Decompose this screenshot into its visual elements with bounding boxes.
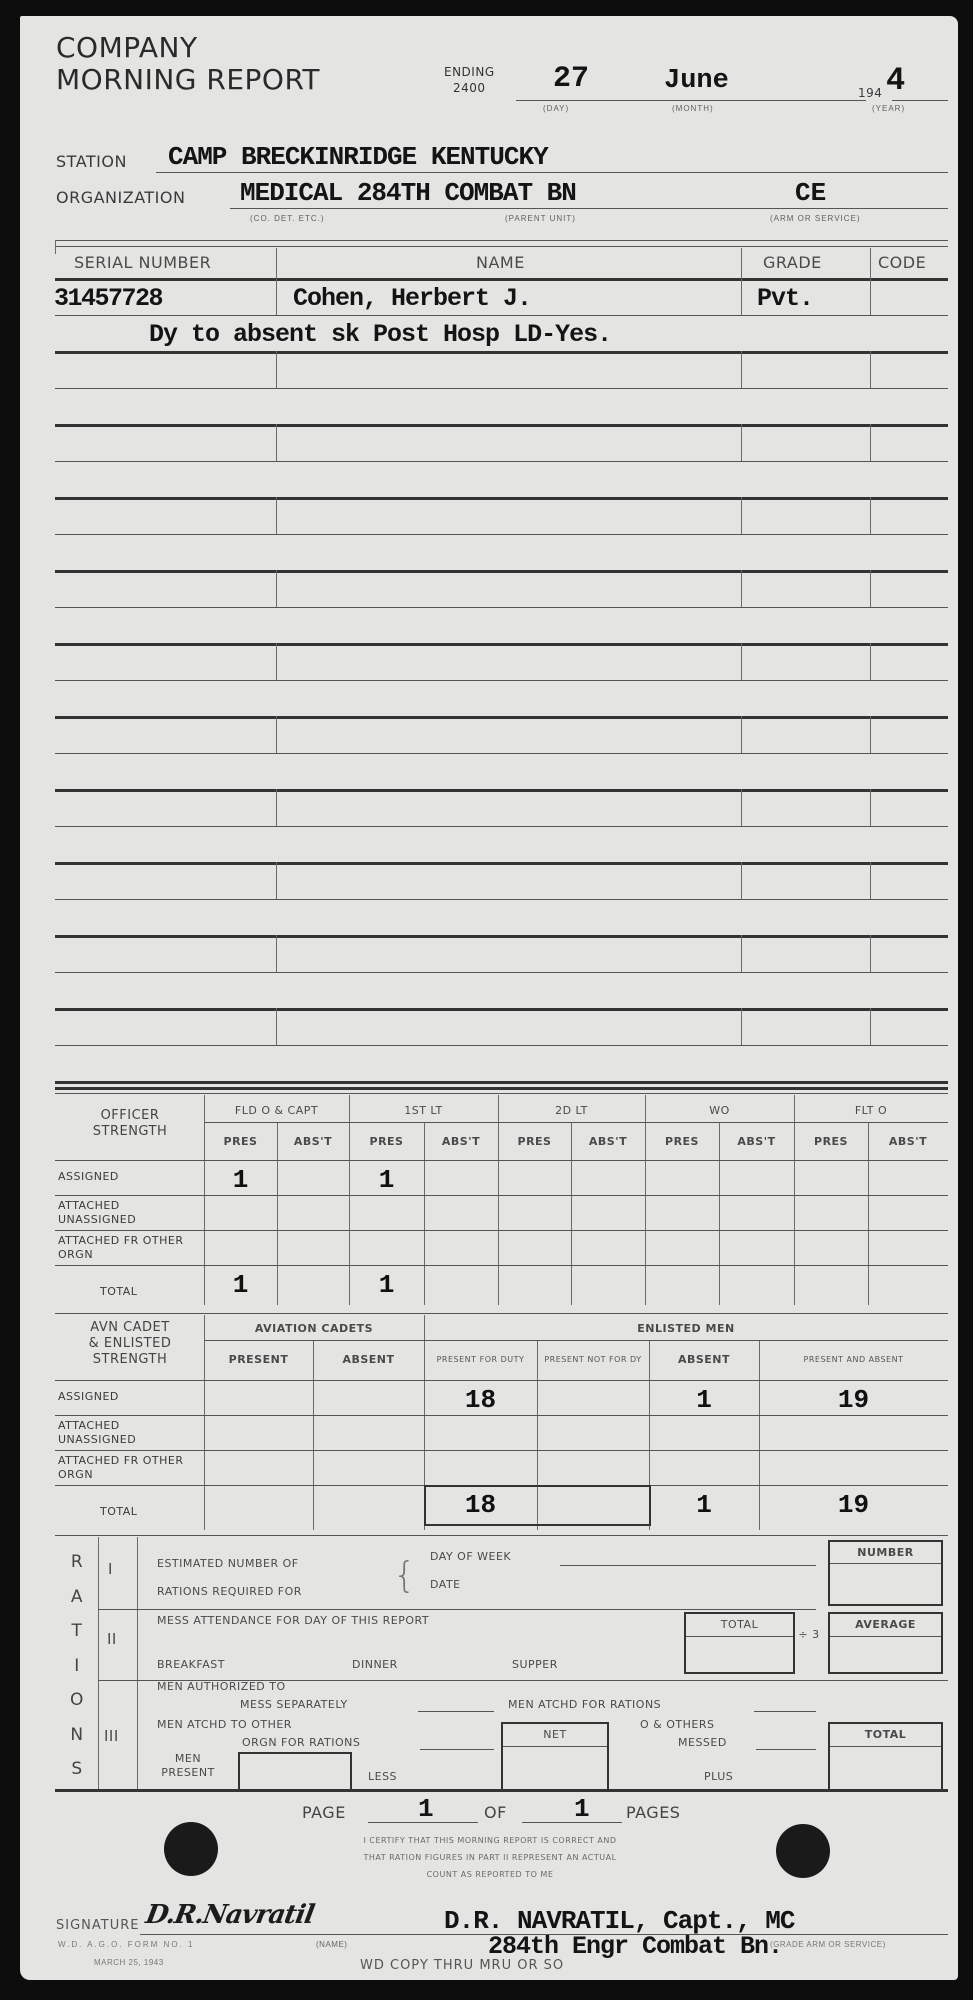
enlisted-value-cell[interactable]: 19 [759,1384,948,1415]
officer-sub-header: PRES [349,1126,424,1156]
rations-side-letter: T [62,1614,92,1649]
date-underline [516,100,866,101]
enlisted-column-header: PRESENT FOR DUTY [424,1342,537,1378]
officer-value-cell[interactable]: 1 [204,1164,277,1195]
roster-rule [55,388,948,389]
breakfast-label: BREAKFAST [157,1658,225,1671]
part1-label: ESTIMATED NUMBER OF RATIONS REQUIRED FOR [157,1550,302,1606]
men-present-box[interactable] [238,1752,352,1789]
atchd-other-line-2: ORGN FOR RATIONS [242,1736,360,1749]
officer-value-cell[interactable] [868,1199,948,1230]
entry-grade: Pvt. [757,284,813,313]
atchd-other-field[interactable] [420,1749,494,1750]
officer-value-cell[interactable] [277,1164,349,1195]
men-present-2: PRESENT [146,1766,230,1780]
roster-rule [55,570,948,573]
form-number: W.D. A.G.O. FORM NO. 1 [58,1940,194,1949]
day-of-week-label: DAY OF WEEK [430,1550,511,1563]
net-label: NET [501,1728,609,1741]
organization-value: MEDICAL 284TH COMBAT BN [240,178,576,208]
part1-numeral: I [108,1560,113,1578]
roster-rule [55,972,948,973]
entry-remark: Dy to absent sk Post Hosp LD-Yes. [149,320,611,349]
enlisted-strength-title: AVN CADET & ENLISTED STRENGTH [56,1320,204,1368]
enlisted-men-header: ENLISTED MEN [424,1318,948,1338]
roster-column-divider [276,643,277,680]
officer-row-rule [55,1265,948,1266]
officer-value-cell[interactable] [424,1164,498,1195]
officer-value-cell[interactable] [498,1269,571,1300]
others-line-1: O & OTHERS [640,1718,714,1731]
officer-value-cell[interactable] [645,1164,719,1195]
officer-group-header: 1ST LT [349,1099,498,1121]
station-underline [156,172,948,173]
aviation-cadets-header: AVIATION CADETS [204,1318,424,1338]
handwritten-signature: D.R.Navratil [143,1900,316,1930]
officer-value-cell[interactable] [794,1234,868,1265]
rations-side-letter: A [62,1580,92,1615]
rations-numeral-divider [137,1537,138,1789]
enlisted-row-label: ATTACHED FR OTHER ORGN [58,1454,198,1482]
part1-line-2: RATIONS REQUIRED FOR [157,1578,302,1606]
enlisted-column-header: ABSENT [649,1342,759,1378]
roster-column-divider [741,1008,742,1045]
roster-column-divider [276,278,277,315]
number-label: NUMBER [828,1546,943,1559]
enlisted-total-box [424,1485,651,1526]
rations-total-divider [830,1746,941,1747]
officer-value-cell[interactable] [498,1164,571,1195]
officer-row-label: ASSIGNED [58,1170,198,1184]
grade-caption: (GRADE ARM OR SERVICE) [770,1940,886,1949]
roster-rule [55,680,948,681]
officer-value-cell[interactable] [498,1199,571,1230]
roster-column-divider [870,716,871,753]
roster-column-divider [870,643,871,680]
year-caption: (YEAR) [872,104,905,113]
roster-column-divider [870,497,871,534]
mess-separately-field[interactable] [418,1711,494,1712]
arm-value: CE [795,178,826,208]
total-pages: 1 [574,1794,590,1824]
day-caption: (DAY) [543,104,569,113]
roster-column-divider [870,862,871,899]
roster-rule [55,643,948,646]
arm-caption: (ARM OR SERVICE) [770,214,861,223]
officer-sub-header: PRES [498,1126,571,1156]
col-grade: GRADE [763,253,822,272]
roster-column-divider [870,570,871,607]
atchd-for-rations-field[interactable] [754,1711,816,1712]
enlisted-value-cell[interactable]: 1 [649,1489,759,1520]
wd-copy-label: WD COPY THRU MRU OR SO [360,1958,564,1973]
number-box-divider [830,1563,941,1564]
enlisted-value-cell[interactable]: 19 [759,1489,948,1520]
enlisted-column-header: PRESENT NOT FOR DY [537,1342,649,1378]
signature-label: SIGNATURE [56,1918,139,1933]
roster-corner [55,240,56,254]
officer-value-cell[interactable] [277,1269,349,1300]
title-line-1: COMPANY [56,32,320,64]
certify-line-3: COUNT AS REPORTED TO ME [270,1866,710,1883]
roster-rule [55,607,948,608]
rations-side-letter: N [62,1718,92,1753]
officer-header-rule [55,1160,948,1161]
net-divider [503,1746,607,1747]
enlisted-value-cell[interactable] [649,1419,759,1450]
officer-value-cell[interactable] [349,1199,424,1230]
officer-value-cell[interactable] [868,1269,948,1300]
roster-header-divider [276,248,277,278]
enlisted-value-cell[interactable]: 1 [649,1384,759,1415]
rations-top-rule [55,1535,948,1536]
roster-header-divider [870,248,871,278]
roster-column-divider [276,497,277,534]
form-title: COMPANY MORNING REPORT [56,32,320,96]
roster-column-divider [741,424,742,461]
page-label: PAGE [302,1803,346,1822]
rations-side-letter: S [62,1752,92,1787]
men-present-1: MEN [146,1752,230,1766]
station-value: CAMP BRECKINRIDGE KENTUCKY [168,142,548,172]
day-of-week-field[interactable] [560,1565,816,1566]
title-line-2: MORNING REPORT [56,64,320,96]
brace-icon: { [393,1548,416,1604]
officer-value-cell[interactable] [498,1234,571,1265]
officer-value-cell[interactable] [571,1234,645,1265]
dinner-label: DINNER [352,1658,398,1671]
report-month: June [664,66,729,96]
officer-sub-header: ABS'T [277,1126,349,1156]
enlisted-column-header: PRESENT AND ABSENT [759,1342,948,1378]
rations-side-label: RATIONS [62,1545,92,1787]
officer-value-cell[interactable] [719,1164,794,1195]
roster-column-divider [870,278,871,315]
enlisted-value-cell[interactable] [204,1419,313,1450]
ending-text: ENDING [444,64,495,80]
roster-rule [55,1081,948,1084]
officer-group-rule [204,1122,948,1123]
roster-top-rule-2 [55,246,948,247]
enlisted-value-cell[interactable] [537,1454,649,1485]
officer-top-rule [55,1087,948,1090]
officer-value-cell[interactable] [719,1199,794,1230]
roster-column-divider [276,935,277,972]
officer-value-cell[interactable] [868,1234,948,1265]
officer-value-cell[interactable] [571,1164,645,1195]
enlisted-value-cell[interactable] [204,1454,313,1485]
rations-side-letter: O [62,1683,92,1718]
roster-column-divider [870,789,871,826]
officer-value-cell[interactable] [645,1269,719,1300]
roster-column-divider [870,935,871,972]
enlisted-value-cell[interactable] [313,1384,424,1415]
officer-value-cell[interactable] [571,1269,645,1300]
roster-rule [55,862,948,865]
officer-title-2: STRENGTH [56,1124,204,1140]
officer-group-header: FLT O [794,1099,948,1121]
enlisted-value-cell[interactable] [537,1419,649,1450]
officer-value-cell[interactable] [719,1234,794,1265]
col-serial-number: SERIAL NUMBER [74,253,211,272]
pages-label: PAGES [626,1803,680,1822]
roster-column-divider [276,424,277,461]
roster-header-rule [55,278,948,281]
officer-sub-header: ABS'T [571,1126,645,1156]
roster-column-divider [741,278,742,315]
officer-sub-header: ABS'T [719,1126,794,1156]
enlisted-row-rule [55,1415,948,1416]
men-present-label: MEN PRESENT [146,1752,230,1780]
roster-column-divider [870,351,871,388]
enlisted-header-rule [55,1380,948,1381]
enlisted-row-label: ASSIGNED [58,1390,198,1404]
roster-column-divider [741,862,742,899]
mess-total-label: TOTAL [684,1618,795,1631]
col-name: NAME [476,253,525,272]
officer-sub-header: PRES [204,1126,277,1156]
roster-rule [55,315,948,316]
roster-column-divider [741,570,742,607]
month-caption: (MONTH) [672,104,714,113]
roster-column-divider [276,570,277,607]
roster-rule [55,753,948,754]
form-date: MARCH 25, 1943 [94,1958,164,1967]
officer-value-cell[interactable] [424,1234,498,1265]
officer-strength-title: OFFICER STRENGTH [56,1108,204,1140]
enlisted-title-1: AVN CADET [56,1320,204,1336]
officer-value-cell[interactable] [645,1234,719,1265]
entry-serial: 31457728 [54,284,162,313]
roster-rule [55,826,948,827]
officer-value-cell[interactable] [794,1199,868,1230]
mess-attendance-title: MESS ATTENDANCE FOR DAY OF THIS REPORT [157,1614,429,1627]
officer-value-cell[interactable] [868,1164,948,1195]
part2-numeral: II [107,1630,117,1648]
roster-column-divider [741,497,742,534]
divide-by-three: ÷ 3 [798,1626,820,1644]
roster-column-divider [276,862,277,899]
enlisted-row-label: ATTACHED UNASSIGNED [58,1419,198,1447]
page-number: 1 [418,1794,434,1824]
enlisted-row-label: TOTAL [100,1505,137,1519]
officer-value-cell[interactable]: 1 [349,1164,424,1195]
enlisted-column-header: PRESENT [204,1342,313,1378]
binder-hole-right [776,1824,830,1878]
officer-value-cell[interactable] [719,1269,794,1300]
enlisted-value-cell[interactable] [313,1454,424,1485]
mess-total-divider [686,1636,793,1637]
name-caption: (NAME) [316,1940,347,1949]
officer-value-cell[interactable] [424,1199,498,1230]
plus-label: PLUS [704,1770,733,1783]
officer-sub-header: PRES [645,1126,719,1156]
enlisted-value-cell[interactable] [204,1384,313,1415]
organization-label: ORGANIZATION [56,188,185,207]
roster-rule [55,789,948,792]
of-label: OF [484,1803,507,1822]
station-label: STATION [56,152,127,171]
date-label: DATE [430,1578,461,1591]
atchd-other-line-1: MEN ATCHD TO OTHER [157,1718,292,1731]
roster-rule [55,351,948,354]
enlisted-value-cell[interactable]: 18 [424,1384,537,1415]
officer-value-cell[interactable] [424,1269,498,1300]
enlisted-title-3: STRENGTH [56,1352,204,1368]
enlisted-value-cell[interactable] [537,1384,649,1415]
roster-rule [55,461,948,462]
roster-column-divider [276,789,277,826]
roster-column-divider [276,716,277,753]
rations-side-divider [98,1537,99,1789]
enlisted-value-cell[interactable] [759,1419,948,1450]
roster-rule [55,424,948,427]
officer-value-cell[interactable] [571,1199,645,1230]
officer-row-rule [55,1195,948,1196]
atchd-for-rations-label: MEN ATCHD FOR RATIONS [508,1698,661,1711]
supper-label: SUPPER [512,1658,558,1671]
officer-value-cell[interactable] [349,1234,424,1265]
rations-part1-rule [98,1609,816,1610]
roster-top-rule [55,240,948,241]
roster-column-divider [741,716,742,753]
roster-rule [55,935,948,938]
officer-top-rule-2 [55,1093,948,1094]
parent-unit-caption: (PARENT UNIT) [505,214,576,223]
officer-value-cell[interactable] [794,1269,868,1300]
roster-rule [55,899,948,900]
year-underline [892,100,948,101]
officer-group-header: WO [645,1099,794,1121]
certify-line-2: THAT RATION FIGURES IN PART II REPRESENT… [270,1849,710,1866]
enlisted-value-cell[interactable] [313,1419,424,1450]
officer-sub-header: ABS'T [424,1126,498,1156]
less-label: LESS [368,1770,397,1783]
officer-value-cell[interactable] [277,1234,349,1265]
signer-unit: 284th Engr Combat Bn. [488,1932,782,1961]
roster-column-divider [741,351,742,388]
officer-value-cell[interactable] [794,1164,868,1195]
officer-group-header: FLD O & CAPT [204,1099,349,1121]
rations-side-letter: R [62,1545,92,1580]
enlisted-row-rule [55,1450,948,1451]
average-label: AVERAGE [828,1618,943,1631]
officer-row-label: ATTACHED FR OTHER ORGN [58,1234,198,1262]
roster-rule [55,1008,948,1011]
officer-value-cell[interactable]: 1 [204,1269,277,1300]
roster-rule [55,534,948,535]
report-year: 4 [886,62,905,99]
roster-rule [55,716,948,719]
roster-column-divider [741,935,742,972]
organization-underline [230,208,948,209]
officer-value-cell[interactable] [204,1199,277,1230]
officer-value-cell[interactable] [645,1199,719,1230]
binder-hole-left [164,1822,218,1876]
roster-header-divider [741,248,742,278]
authorized-line-1: MEN AUTHORIZED TO [157,1680,286,1693]
rations-side-letter: I [62,1649,92,1684]
part1-line-1: ESTIMATED NUMBER OF [157,1550,302,1578]
col-code: CODE [878,253,926,272]
ending-time: 2400 [444,80,495,96]
enlisted-top-rule [55,1313,948,1314]
enlisted-title-2: & ENLISTED [56,1336,204,1352]
enlisted-value-cell[interactable] [759,1454,948,1485]
officer-row-label: ATTACHED UNASSIGNED [58,1199,198,1227]
average-divider [830,1636,941,1637]
officer-group-header: 2D LT [498,1099,645,1121]
total-pages-field [522,1822,622,1823]
officer-row-label: TOTAL [100,1285,137,1299]
part3-numeral: III [104,1727,119,1745]
enlisted-group-rule [204,1340,948,1341]
enlisted-value-cell[interactable] [313,1489,424,1520]
roster-column-divider [870,424,871,461]
others-line-2: MESSED [678,1736,727,1749]
enlisted-value-cell[interactable] [649,1454,759,1485]
officer-row-rule [55,1230,948,1231]
officer-value-cell[interactable] [277,1199,349,1230]
roster-column-divider [741,643,742,680]
ending-label: ENDING 2400 [444,64,495,96]
officer-title-1: OFFICER [56,1108,204,1124]
officer-value-cell[interactable] [204,1234,277,1265]
enlisted-value-cell[interactable] [424,1419,537,1450]
certify-line-1: I CERTIFY THAT THIS MORNING REPORT IS CO… [270,1832,710,1849]
co-caption: (CO. DET. ETC.) [250,214,325,223]
roster-column-divider [276,1008,277,1045]
rations-bottom-rule [55,1789,948,1792]
roster-rule [55,1045,948,1046]
roster-column-divider [741,789,742,826]
officer-sub-header: ABS'T [868,1126,948,1156]
enlisted-value-cell[interactable] [424,1454,537,1485]
rations-total-label: TOTAL [828,1728,943,1741]
roster-column-divider [870,1008,871,1045]
authorized-line-2: MESS SEPARATELY [240,1698,348,1711]
enlisted-value-cell[interactable] [204,1489,313,1520]
report-day: 27 [553,62,589,96]
others-messed-field[interactable] [756,1749,816,1750]
enlisted-column-header: ABSENT [313,1342,424,1378]
roster-rule [55,497,948,500]
certification-text: I CERTIFY THAT THIS MORNING REPORT IS CO… [270,1832,710,1883]
year-prefix: 194 [858,86,882,100]
officer-sub-header: PRES [794,1126,868,1156]
roster-column-divider [276,351,277,388]
entry-name: Cohen, Herbert J. [293,284,531,313]
officer-value-cell[interactable]: 1 [349,1269,424,1300]
